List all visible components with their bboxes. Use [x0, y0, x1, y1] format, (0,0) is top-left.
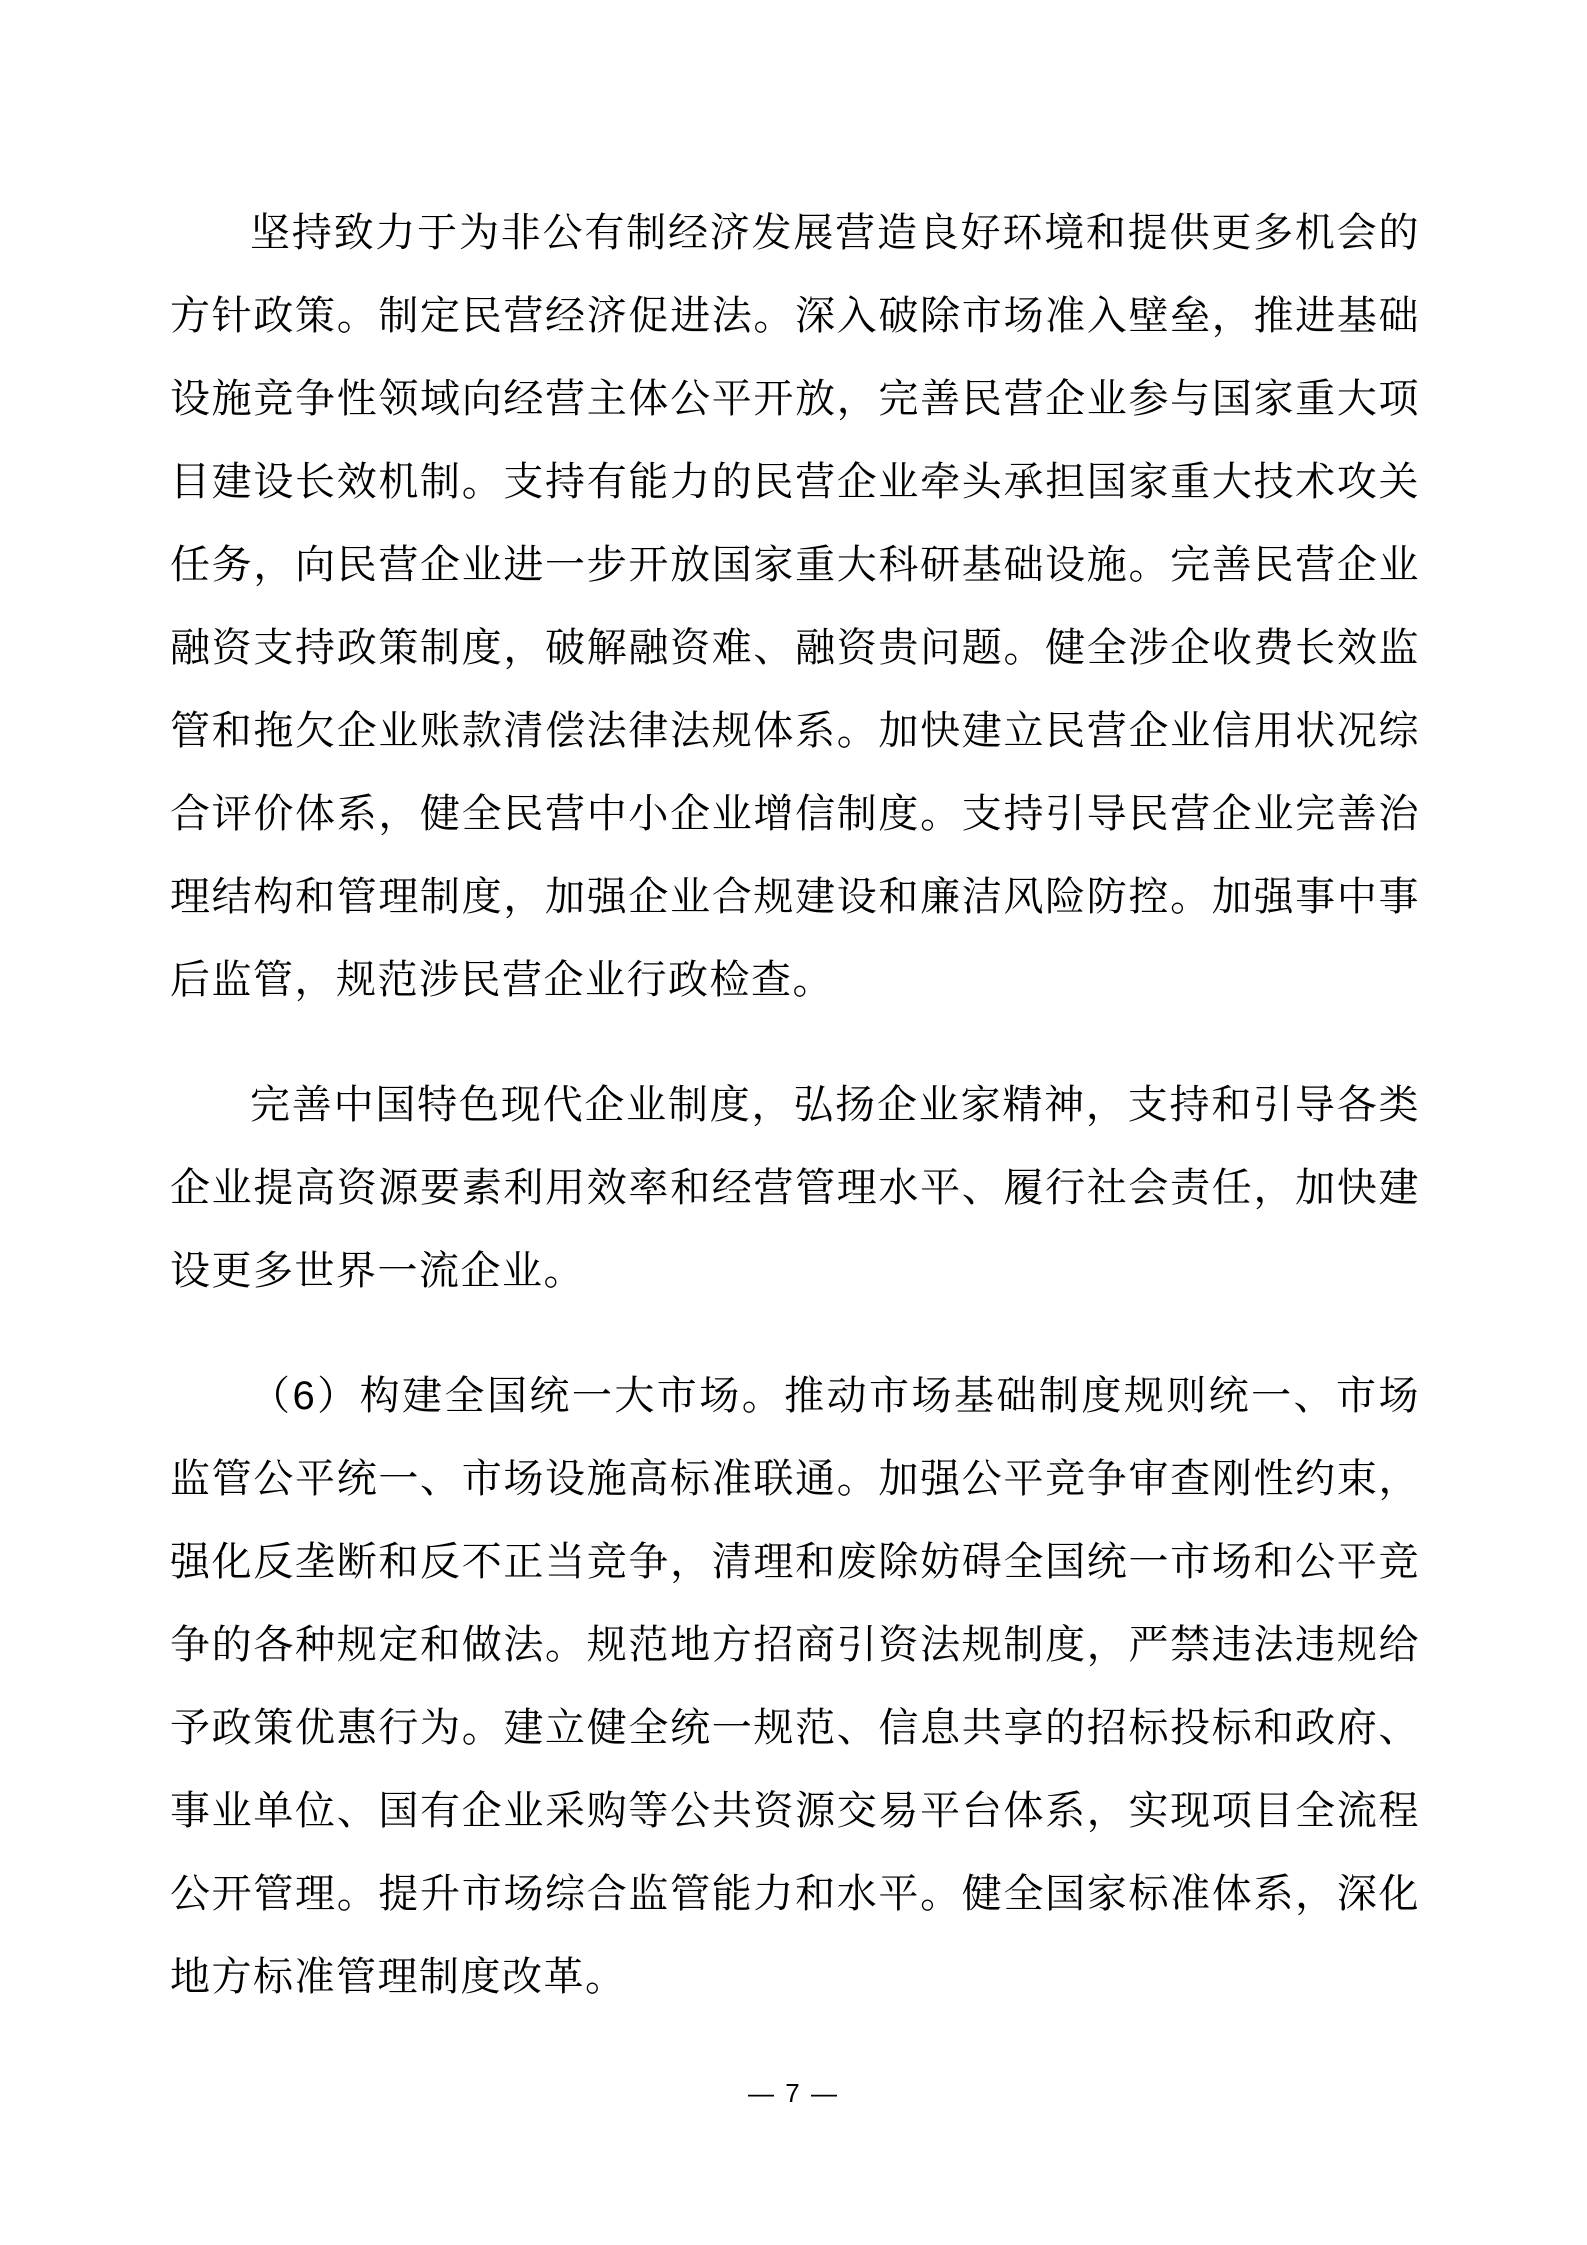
paragraph-modern-enterprise-system: 完善中国特色现代企业制度，弘扬企业家精神，支持和引导各类企业提高资源要素利用效率…: [170, 1064, 1420, 1313]
paragraph-private-economy-policy: 坚持致力于为非公有制经济发展营造良好环境和提供更多机会的方针政策。制定民营经济促…: [170, 192, 1420, 1022]
page-number: — 7 —: [0, 2078, 1587, 2108]
paragraph-unified-national-market: （6）构建全国统一大市场。推动市场基础制度规则统一、市场监管公平统一、市场设施高…: [170, 1355, 1420, 2019]
page-content: 坚持致力于为非公有制经济发展营造良好环境和提供更多机会的方针政策。制定民营经济促…: [170, 192, 1420, 2061]
document-page: 坚持致力于为非公有制经济发展营造良好环境和提供更多机会的方针政策。制定民营经济促…: [0, 0, 1587, 2245]
